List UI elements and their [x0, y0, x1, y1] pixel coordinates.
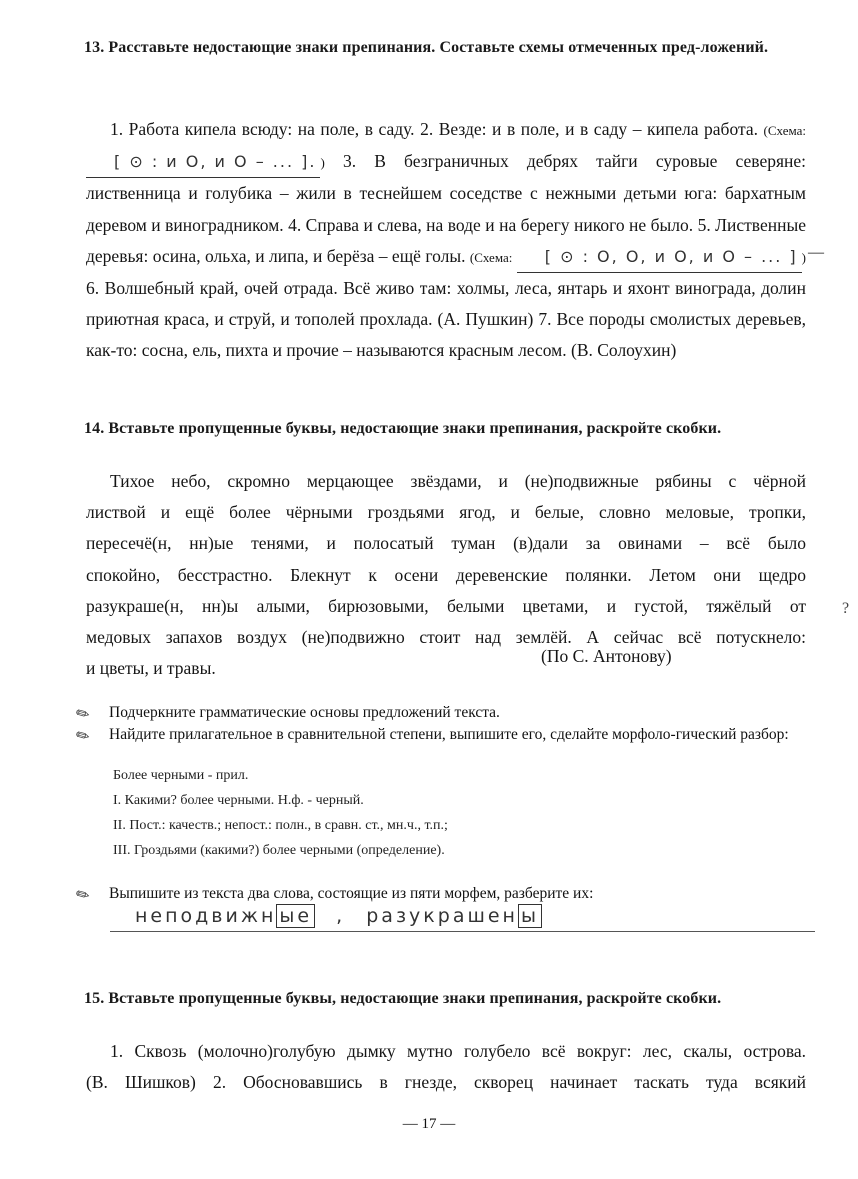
page-number: — 17 —: [0, 1116, 858, 1133]
text-line: пересечё(н, нн)ые тенями, и полосатый ту…: [86, 528, 806, 559]
scheme-2-handwritten: [ ⊙ : О, О, и О, и О – ... ]: [517, 241, 802, 273]
text-line: спокойно, бесстрастно. Блекнут к осени д…: [86, 560, 806, 591]
morph-answer-line: I. Какими? более черными. Н.ф. - черный.: [113, 793, 364, 809]
word-2-ending: ы: [518, 904, 542, 928]
scheme-1-label: (Схема:: [764, 123, 806, 138]
scheme-2-close: ): [802, 250, 806, 265]
morph-answer-line: III. Гроздьями (какими?) более черными (…: [113, 843, 445, 859]
morpheme-parse-handwritten: неподвижные , разукрашены: [135, 905, 542, 927]
task-14-title: 14. Вставьте пропущенные буквы, недостаю…: [84, 414, 804, 443]
task-15-text: 1. Сквозь (молочно)голубую дымку мутно г…: [86, 1036, 806, 1098]
morph-answer-line: Более черными - прил.: [113, 768, 248, 784]
task-13-sentences-1-2: 1. Работа кипела всюду: на поле, в саду.…: [110, 119, 758, 139]
scheme-1-handwritten: [ ⊙ : и О, и О – ... ].: [86, 146, 320, 178]
text-line: 1. Сквозь (молочно)голубую дымку мутно г…: [86, 1036, 806, 1067]
text-line: Тихое небо, скромно мерцающее звёздами, …: [86, 466, 806, 497]
task-13-sentences-6-7: 6. Волшебный край, очей отрада. Всё живо…: [86, 278, 806, 360]
pencil-icon: ✎: [73, 880, 102, 907]
task-14-text: Тихое небо, скромно мерцающее звёздами, …: [86, 466, 806, 684]
word-1-ending: ые: [276, 904, 315, 928]
instruction-five-morphemes: ✎ Выпишите из текста два слова, состоящи…: [76, 884, 816, 903]
answer-line: [110, 931, 815, 932]
text-line: листвой и ещё более чёрными гроздьями яг…: [86, 497, 806, 528]
task-13-text: 1. Работа кипела всюду: на поле, в саду.…: [86, 114, 806, 367]
word-separator: ,: [336, 905, 345, 927]
morph-answer-line: II. Пост.: качеств.; непост.: полн., в с…: [113, 818, 448, 834]
scheme-2-label: (Схема:: [470, 250, 512, 265]
instruction-comparative-adjective: ✎ Найдите прилагательное в сравнительной…: [76, 725, 816, 744]
word-1-stem: неподвижн: [135, 905, 276, 927]
word-2-stem: разукрашен: [366, 905, 518, 927]
margin-question-mark: ?: [842, 600, 849, 618]
margin-dash-mark: —: [808, 244, 824, 262]
text-line: медовых запахов воздух (не)подвижно стои…: [86, 622, 806, 653]
workbook-page: 13. Расставьте недостающие знаки препина…: [0, 0, 858, 1179]
pencil-icon: ✎: [73, 721, 102, 748]
scheme-1-close: ): [320, 155, 324, 170]
task-15-title: 15. Вставьте пропущенные буквы, недостаю…: [84, 984, 804, 1013]
text-line: разукраше(н, нн)ы алыми, бирюзовыми, бел…: [86, 591, 806, 622]
text-source: (По С. Антонову): [541, 641, 672, 672]
instruction-underline-bases: ✎ Подчеркните грамматические основы пред…: [76, 703, 816, 722]
text-line: (В. Шишков) 2. Обосновавшись в гнезде, с…: [86, 1067, 806, 1098]
text-line: и цветы, и травы.: [86, 658, 216, 678]
task-13-title: 13. Расставьте недостающие знаки препина…: [84, 33, 804, 62]
